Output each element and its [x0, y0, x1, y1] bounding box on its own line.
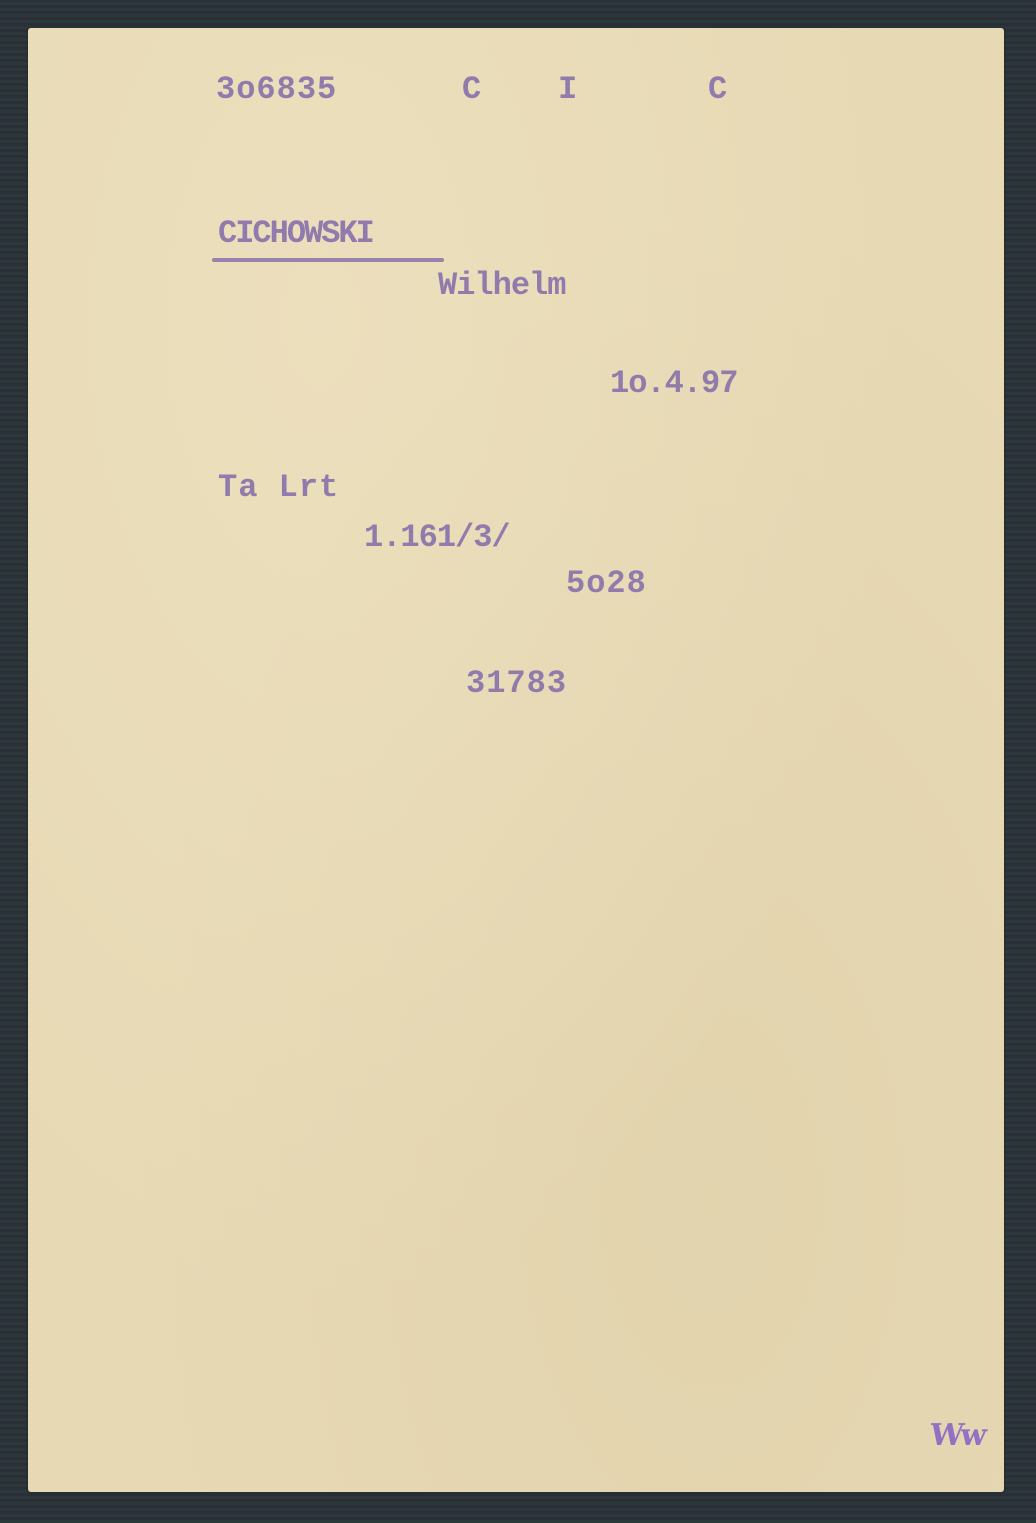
card-number: 3o6835: [216, 74, 337, 106]
file-number: 31783: [466, 668, 567, 700]
code-letter-2: I: [558, 74, 578, 106]
reference-line-1: 1.161/3/: [364, 522, 510, 554]
initials-stamp: Ww: [928, 1418, 985, 1453]
surname-underline: [212, 258, 444, 262]
index-card: 3o6835 C I C CICHOWSKI Wilhelm 1o.4.97 T…: [28, 28, 1004, 1492]
given-name: Wilhelm: [438, 270, 565, 302]
reference-line-2: 5o28: [566, 568, 647, 600]
code-letter-3: C: [708, 74, 728, 106]
location: Ta Lrt: [218, 472, 339, 504]
surname: CICHOWSKI: [218, 218, 373, 250]
code-letter-1: C: [462, 74, 482, 106]
birth-date: 1o.4.97: [610, 368, 737, 400]
